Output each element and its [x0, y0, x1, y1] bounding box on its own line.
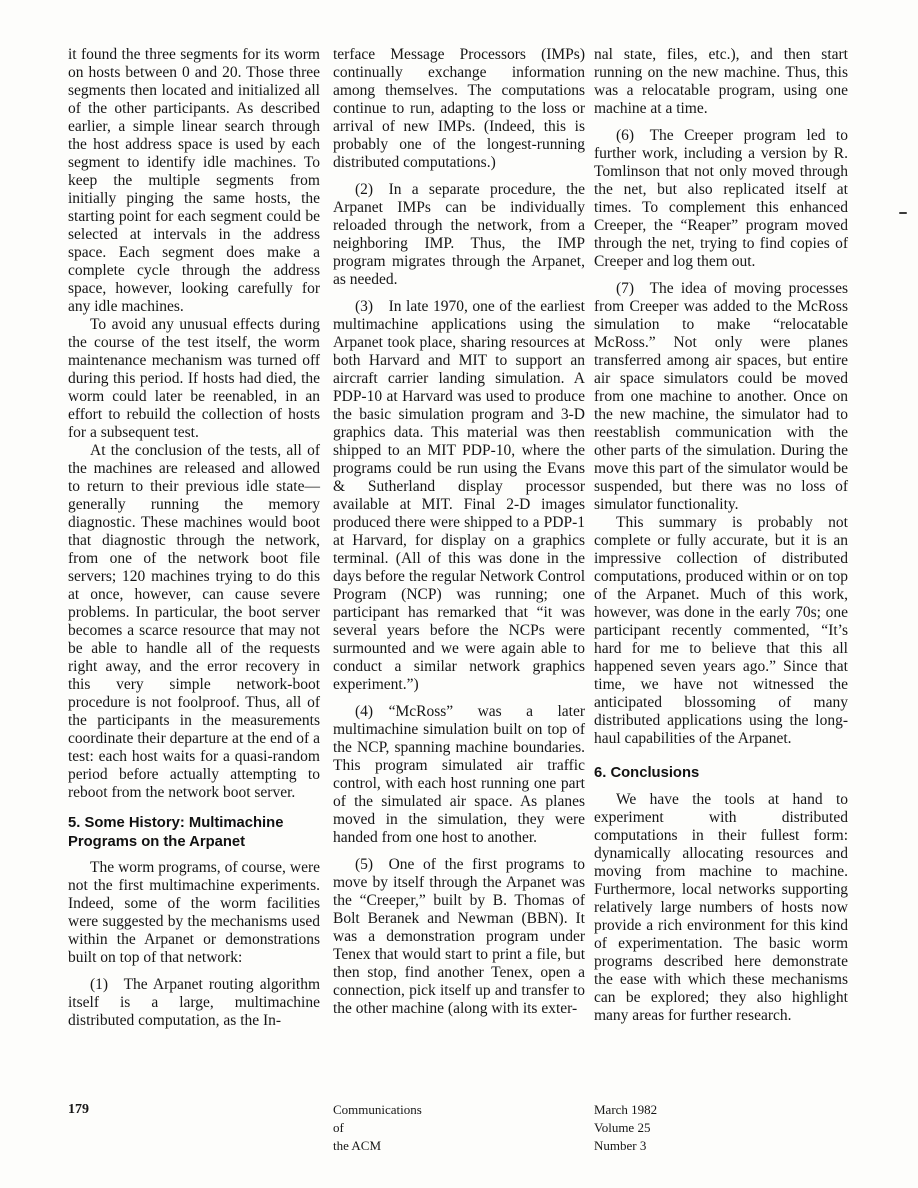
issue-info-block: March 1982 Volume 25 Number 3	[594, 1101, 657, 1155]
scan-artifact-mark	[899, 212, 907, 214]
section-heading-5-some-history: 5. Some History: Multimachine Programs o…	[68, 814, 320, 852]
list-item-5-creeper: (5) One of the first programs to move by…	[333, 856, 585, 1018]
list-item-6-reaper: (6) The Creeper program led to further w…	[594, 127, 848, 271]
column-1: it found the three segments for its worm…	[68, 46, 320, 1030]
list-item-2-imp-reload: (2) In a separate procedure, the Arpanet…	[333, 181, 585, 289]
paragraph-worm-segments: it found the three segments for its worm…	[68, 46, 320, 316]
paragraph-conclusion-of-tests: At the conclusion of the tests, all of t…	[68, 442, 320, 802]
list-item-1-arpanet-routing: (1) The Arpanet routing algorithm itself…	[68, 976, 320, 1030]
journal-line-2: of	[333, 1119, 422, 1137]
issue-volume: Volume 25	[594, 1119, 657, 1137]
issue-number: Number 3	[594, 1137, 657, 1155]
section-heading-6-conclusions: 6. Conclusions	[594, 764, 848, 783]
list-item-3-harvard-mit: (3) In late 1970, one of the earliest mu…	[333, 298, 585, 694]
paragraph-avoid-effects: To avoid any unusual effects during the …	[68, 316, 320, 442]
journal-line-1: Communications	[333, 1101, 422, 1119]
paragraph-conclusions: We have the tools at hand to experiment …	[594, 791, 848, 1025]
list-item-7-relocatable-mcross: (7) The idea of moving processes from Cr…	[594, 280, 848, 514]
paragraph-worm-programs-intro: The worm programs, of course, were not t…	[68, 859, 320, 967]
column-3: nal state, files, etc.), and then start …	[594, 46, 848, 1025]
scanned-paper-page: it found the three segments for its worm…	[0, 0, 918, 1188]
list-item-5-continued: nal state, files, etc.), and then start …	[594, 46, 848, 118]
journal-line-3: the ACM	[333, 1137, 422, 1155]
list-item-1-continued: terface Message Processors (IMPs) contin…	[333, 46, 585, 172]
paragraph-summary: This summary is probably not complete or…	[594, 514, 848, 748]
list-item-4-mcross: (4) “McRoss” was a later multimachine si…	[333, 703, 585, 847]
page-number: 179	[68, 1101, 89, 1119]
journal-name-block: Communications of the ACM	[333, 1101, 422, 1155]
column-2: terface Message Processors (IMPs) contin…	[333, 46, 585, 1018]
issue-date: March 1982	[594, 1101, 657, 1119]
